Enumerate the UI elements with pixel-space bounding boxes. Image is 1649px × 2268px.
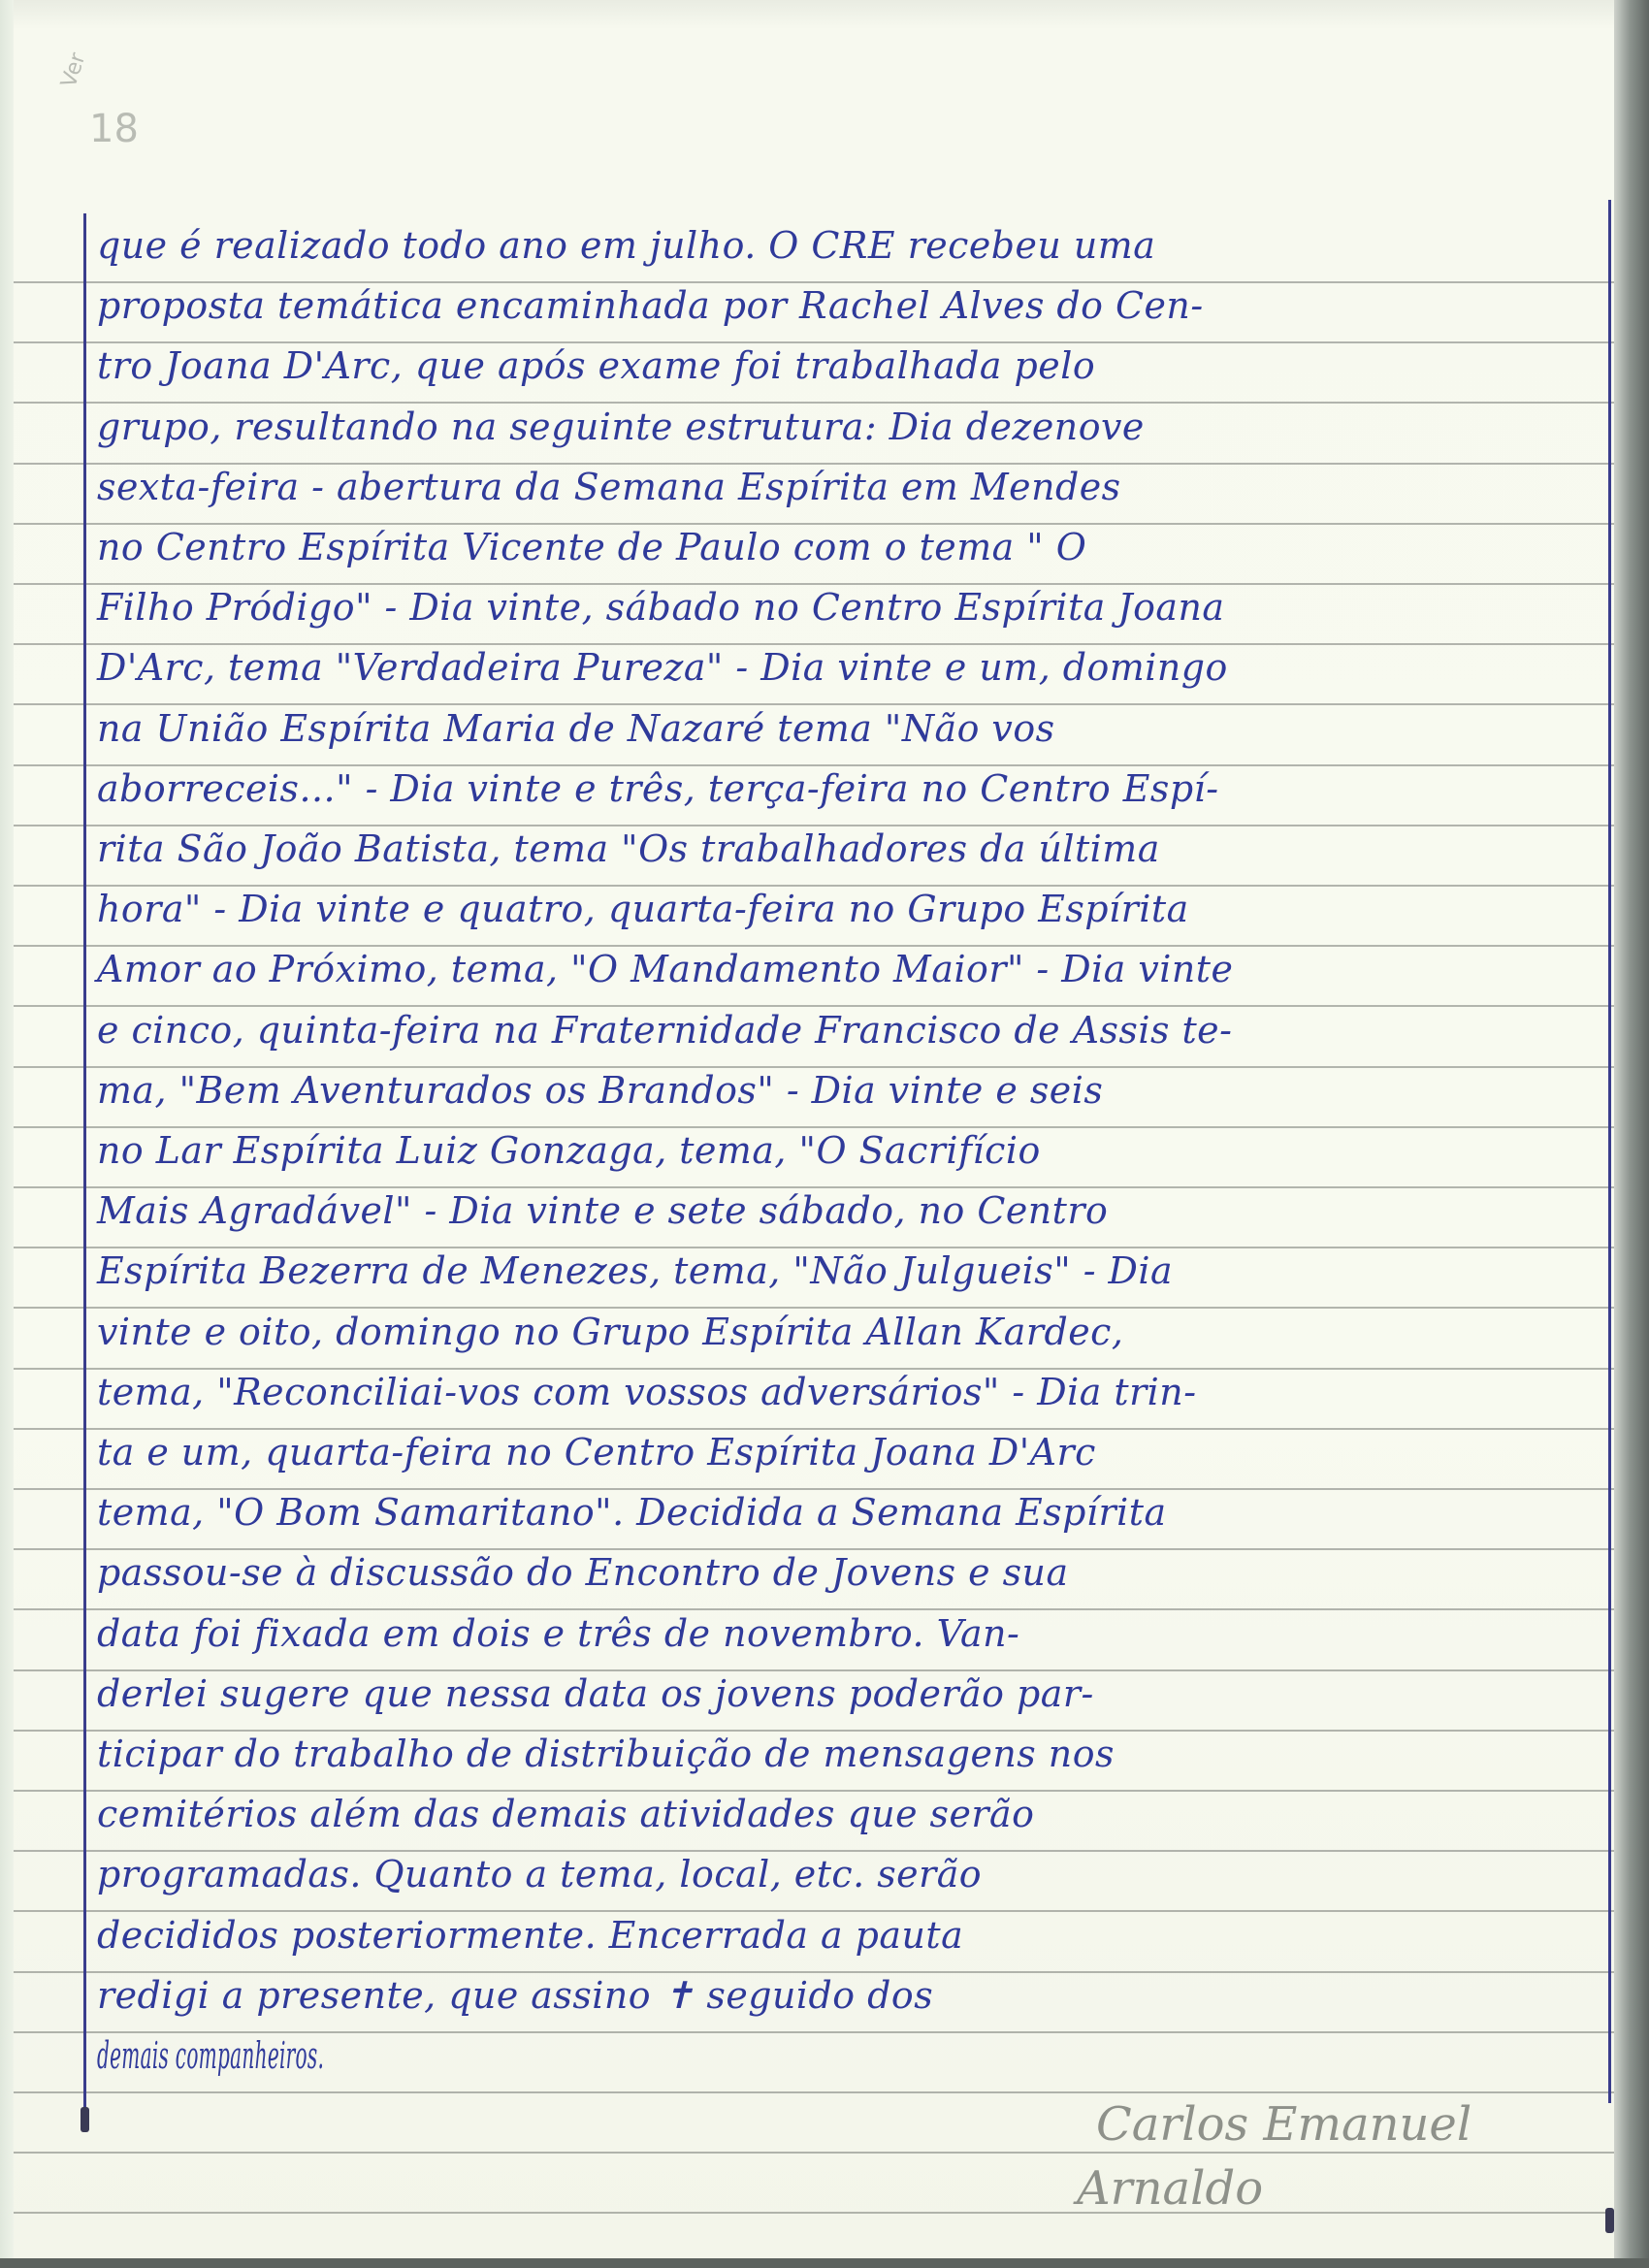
pencil-page-number: 18 [89,107,139,151]
ruled-line [14,2091,1614,2093]
handwritten-line: rita São João Batista, tema "Os trabalha… [97,819,1596,879]
handwritten-line: e cinco, quinta-feira na Fraternidade Fr… [97,1000,1596,1060]
handwritten-line: decididos posteriormente. Encerrada a pa… [97,1905,1596,1965]
handwritten-line: D'Arc, tema "Verdadeira Pureza" - Dia vi… [97,637,1596,697]
right-margin-ink-blot [1605,2208,1614,2233]
handwritten-line: tema, "O Bom Samaritano". Decidida a Sem… [97,1482,1596,1542]
ruled-line [14,2152,1614,2154]
ruled-line [14,2212,1614,2214]
handwritten-line: vinte e oito, domingo no Grupo Espírita … [97,1302,1596,1362]
handwritten-line: hora" - Dia vinte e quatro, quarta-feira… [97,879,1596,939]
scan-right-edge [1614,0,1649,2268]
handwritten-line: derlei sugere que nessa data os jovens p… [97,1664,1596,1724]
signature-arnaldo: Arnaldo [1077,2161,1263,2216]
signature-carlos-emanuel: Carlos Emanuel [1096,2097,1471,2152]
handwritten-line: passou-se à discussão do Encontro de Jov… [97,1542,1596,1603]
handwritten-line: ticipar do trabalho de distribuição de m… [97,1724,1596,1784]
handwritten-line: na União Espírita Maria de Nazaré tema "… [97,698,1596,759]
right-margin-line [1608,200,1611,2103]
handwritten-line: tro Joana D'Arc, que após exame foi trab… [97,336,1596,396]
handwritten-line: Amor ao Próximo, tema, "O Mandamento Mai… [97,939,1596,999]
handwritten-line: aborreceis..." - Dia vinte e três, terça… [97,759,1596,819]
handwritten-line: no Lar Espírita Luiz Gonzaga, tema, "O S… [97,1120,1596,1181]
handwritten-line: Mais Agradável" - Dia vinte e sete sábad… [97,1181,1596,1241]
handwritten-line: ma, "Bem Aventurados os Brandos" - Dia v… [97,1060,1596,1120]
handwritten-line: ta e um, quarta-feira no Centro Espírita… [97,1422,1596,1482]
handwritten-line: redigi a presente, que assino ✝ seguido … [97,1965,1596,2025]
handwritten-line: no Centro Espírita Vicente de Paulo com … [97,517,1596,577]
handwritten-line: Filho Pródigo" - Dia vinte, sábado no Ce… [97,577,1596,637]
scan-bottom-edge [0,2258,1649,2268]
handwritten-line: Espírita Bezerra de Menezes, tema, "Não … [97,1241,1596,1301]
handwritten-line: demais companheiros. [97,2025,892,2086]
handwritten-line: cemitérios além das demais atividades qu… [97,1784,1596,1844]
handwritten-line: que é realizado todo ano em julho. O CRE… [97,215,1596,275]
handwritten-line: proposta temática encaminhada por Rachel… [97,275,1596,336]
handwritten-line: data foi fixada em dois e três de novemb… [97,1604,1596,1664]
handwritten-line: tema, "Reconciliai-vos com vossos advers… [97,1362,1596,1422]
handwritten-line: programadas. Quanto a tema, local, etc. … [97,1844,1596,1904]
left-margin-ink-blot [81,2107,89,2132]
left-margin-line [83,213,86,2129]
handwritten-line: grupo, resultando na seguinte estrutura:… [97,397,1596,457]
handwritten-line: sexta-feira - abertura da Semana Espírit… [97,457,1596,517]
